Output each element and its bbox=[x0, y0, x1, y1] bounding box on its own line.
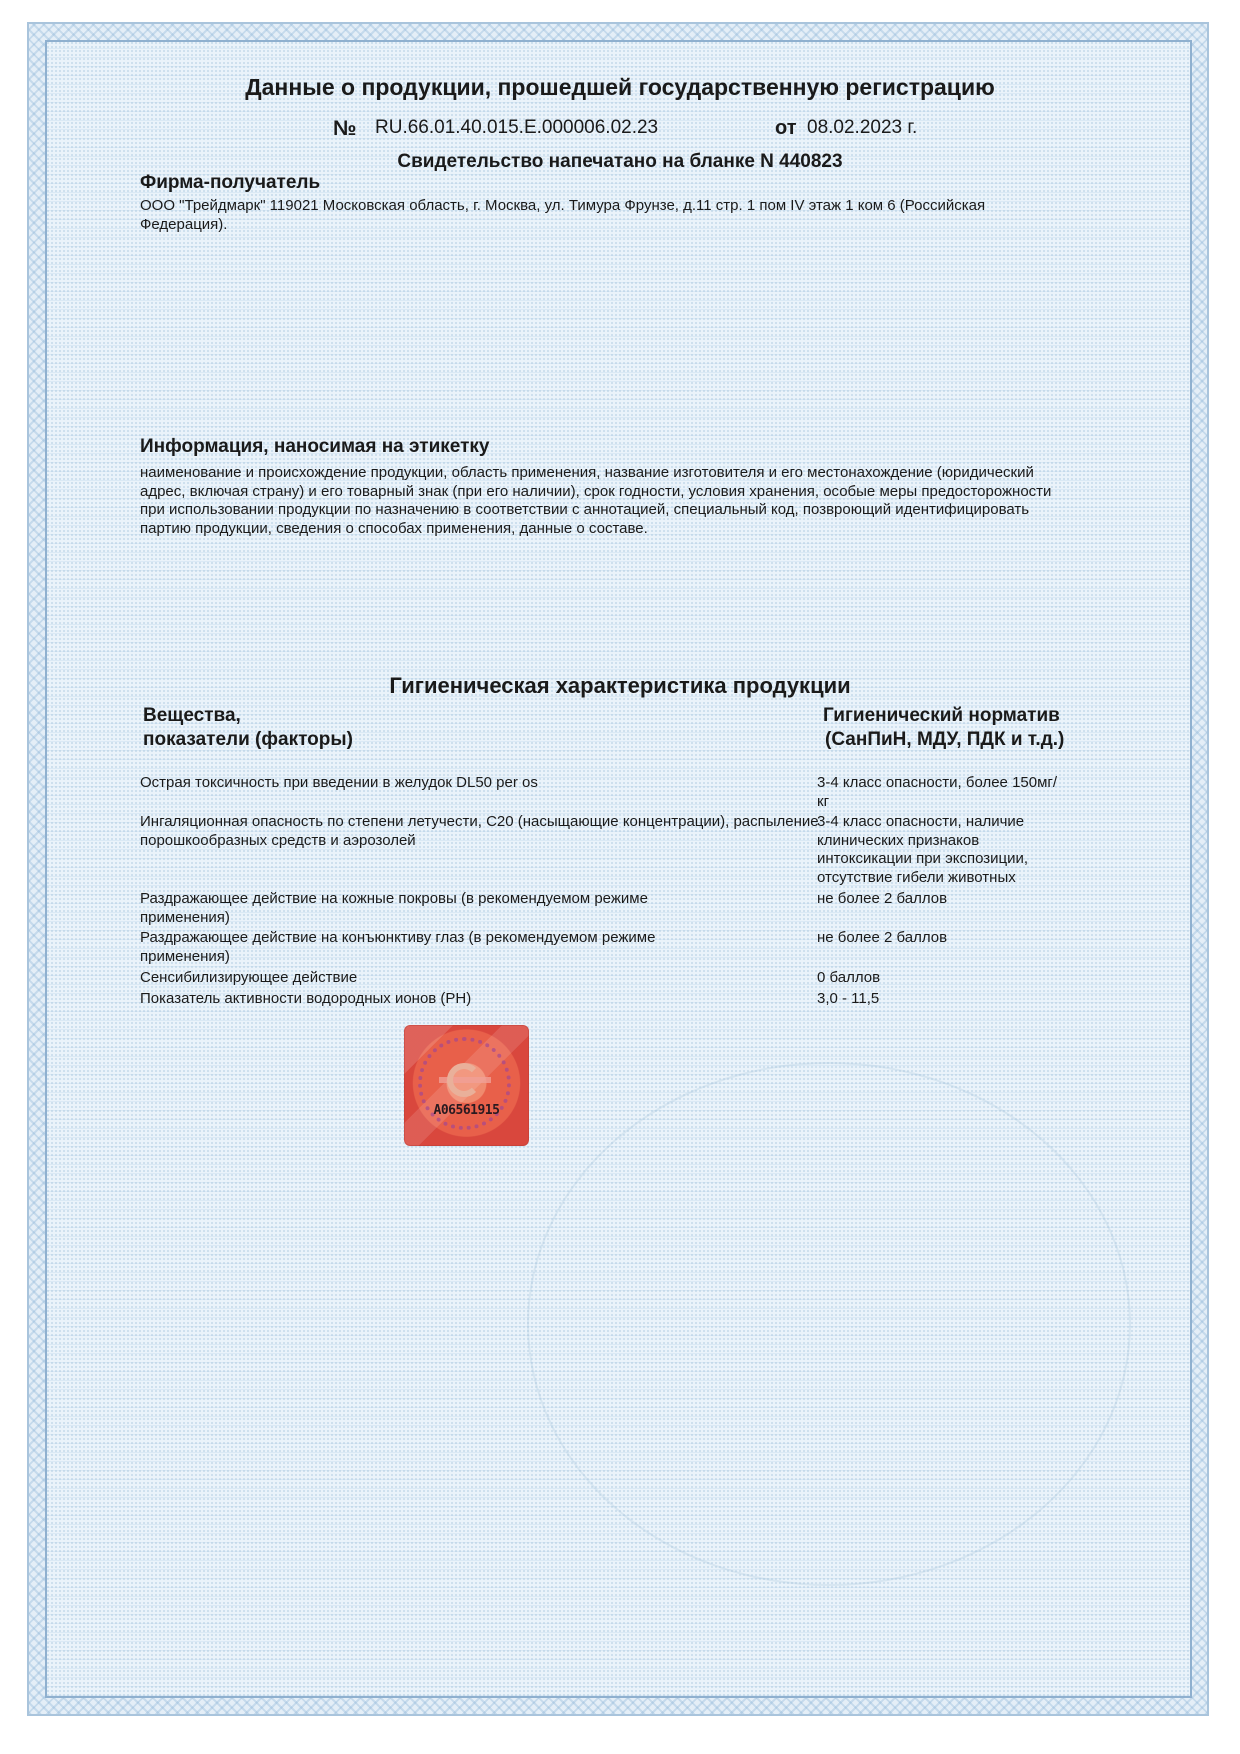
table-row-norm: не более 2 баллов bbox=[817, 890, 1062, 909]
table-row-factor: Показатель активности водородных ионов (… bbox=[140, 990, 820, 1009]
table-row-norm: 3,0 - 11,5 bbox=[817, 990, 1062, 1009]
number-sign: № bbox=[333, 117, 356, 141]
table-row-norm: 3-4 класс опасности, наличие клинических… bbox=[817, 813, 1062, 887]
table-row-factor: Сенсибилизирующее действие bbox=[140, 969, 820, 988]
table-row-norm: не более 2 баллов bbox=[817, 929, 1062, 948]
hologram-emblem-icon bbox=[447, 1063, 481, 1097]
column-header-norm-line1: Гигиенический норматив bbox=[823, 704, 1064, 728]
table-row-factor: Ингаляционная опасность по степени летуч… bbox=[140, 813, 820, 850]
hygiene-heading: Гигиеническая характеристика продукции bbox=[0, 673, 1240, 699]
hologram-serial: A06561915 bbox=[404, 1103, 529, 1118]
blank-number-line: Свидетельство напечатано на бланке N 440… bbox=[0, 151, 1240, 173]
hologram-seal-icon: A06561915 bbox=[404, 1025, 529, 1146]
registration-number: RU.66.01.40.015.Е.000006.02.23 bbox=[375, 117, 658, 139]
table-row-factor: Острая токсичность при введении в желудо… bbox=[140, 774, 820, 793]
document-title: Данные о продукции, прошедшей государств… bbox=[0, 74, 1240, 101]
label-info-heading: Информация, наносимая на этикетку bbox=[140, 436, 489, 458]
column-header-norm: Гигиенический норматив (СанПиН, МДУ, ПДК… bbox=[823, 704, 1064, 752]
registration-date: 08.02.2023 г. bbox=[807, 117, 917, 139]
recipient-heading: Фирма-получатель bbox=[140, 172, 320, 194]
date-label: от bbox=[775, 117, 797, 140]
table-row-factor: Раздражающее действие на конъюнктиву гла… bbox=[140, 929, 740, 966]
column-header-factors-line2: показатели (факторы) bbox=[143, 728, 353, 752]
table-row-factor: Раздражающее действие на кожные покровы … bbox=[140, 890, 740, 927]
column-header-factors-line1: Вещества, bbox=[143, 704, 353, 728]
column-header-norm-line2: (СанПиН, МДУ, ПДК и т.д.) bbox=[823, 728, 1064, 752]
table-row-norm: 3-4 класс опасности, более 150мг/кг bbox=[817, 774, 1062, 811]
label-info-text: наименование и происхождение продукции, … bbox=[140, 464, 1075, 538]
table-row-norm: 0 баллов bbox=[817, 969, 1062, 988]
recipient-text: ООО "Трейдмарк" 119021 Московская област… bbox=[140, 197, 1020, 234]
column-header-factors: Вещества, показатели (факторы) bbox=[143, 704, 353, 752]
watermark-emblem bbox=[527, 1062, 1131, 1586]
